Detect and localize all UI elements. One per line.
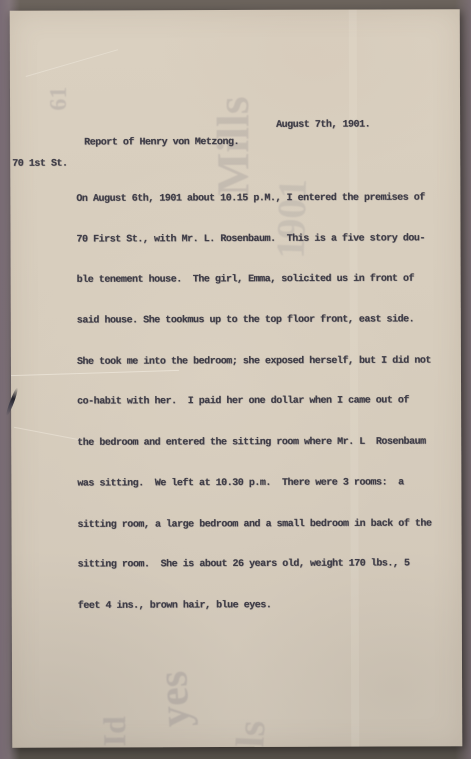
body-line: feet 4 ins., brown hair, blue eyes. xyxy=(78,596,432,616)
body-line: sitting room. She is about 26 years old,… xyxy=(78,556,432,576)
address-margin-note: 70 1st St. xyxy=(12,159,67,170)
body-line: was sitting. We left at 10.30 p.m. There… xyxy=(77,474,431,494)
body-line: 70 First St., with Mr. L. Rosenbaum. Thi… xyxy=(76,230,430,250)
bleedthrough-text: ls xyxy=(226,719,274,748)
paper-sheet: Mills 1901 61 yes ls Id August 7th, 1901… xyxy=(10,9,463,748)
body-line: said house. She tookmus up to the top fl… xyxy=(77,311,431,331)
body-line: She took me into the bedroom; she expose… xyxy=(77,352,431,372)
body-line: co-habit with her. I paid her one dollar… xyxy=(77,393,431,413)
body-line: the bedroom and entered the sitting room… xyxy=(77,434,431,454)
bleedthrough-text: Id xyxy=(96,716,133,746)
bleedthrough-text: 61 xyxy=(46,87,73,111)
report-title-line: Report of Henry von Metzong. xyxy=(84,137,239,149)
crease-line xyxy=(26,49,118,77)
body-line: sitting room, a large bedroom and a smal… xyxy=(77,515,431,535)
bleedthrough-text: yes xyxy=(149,670,200,729)
scanned-document-view: Mills 1901 61 yes ls Id August 7th, 1901… xyxy=(0,0,471,759)
report-body: On August 6th, 1901 about 10.15 p.M., I … xyxy=(76,167,432,638)
body-line: ble tenement house. The girl, Emma, soli… xyxy=(77,271,431,291)
date-line: August 7th, 1901. xyxy=(276,120,370,131)
ink-scratch-mark xyxy=(5,387,19,416)
body-line: On August 6th, 1901 about 10.15 p.M., I … xyxy=(76,190,430,210)
